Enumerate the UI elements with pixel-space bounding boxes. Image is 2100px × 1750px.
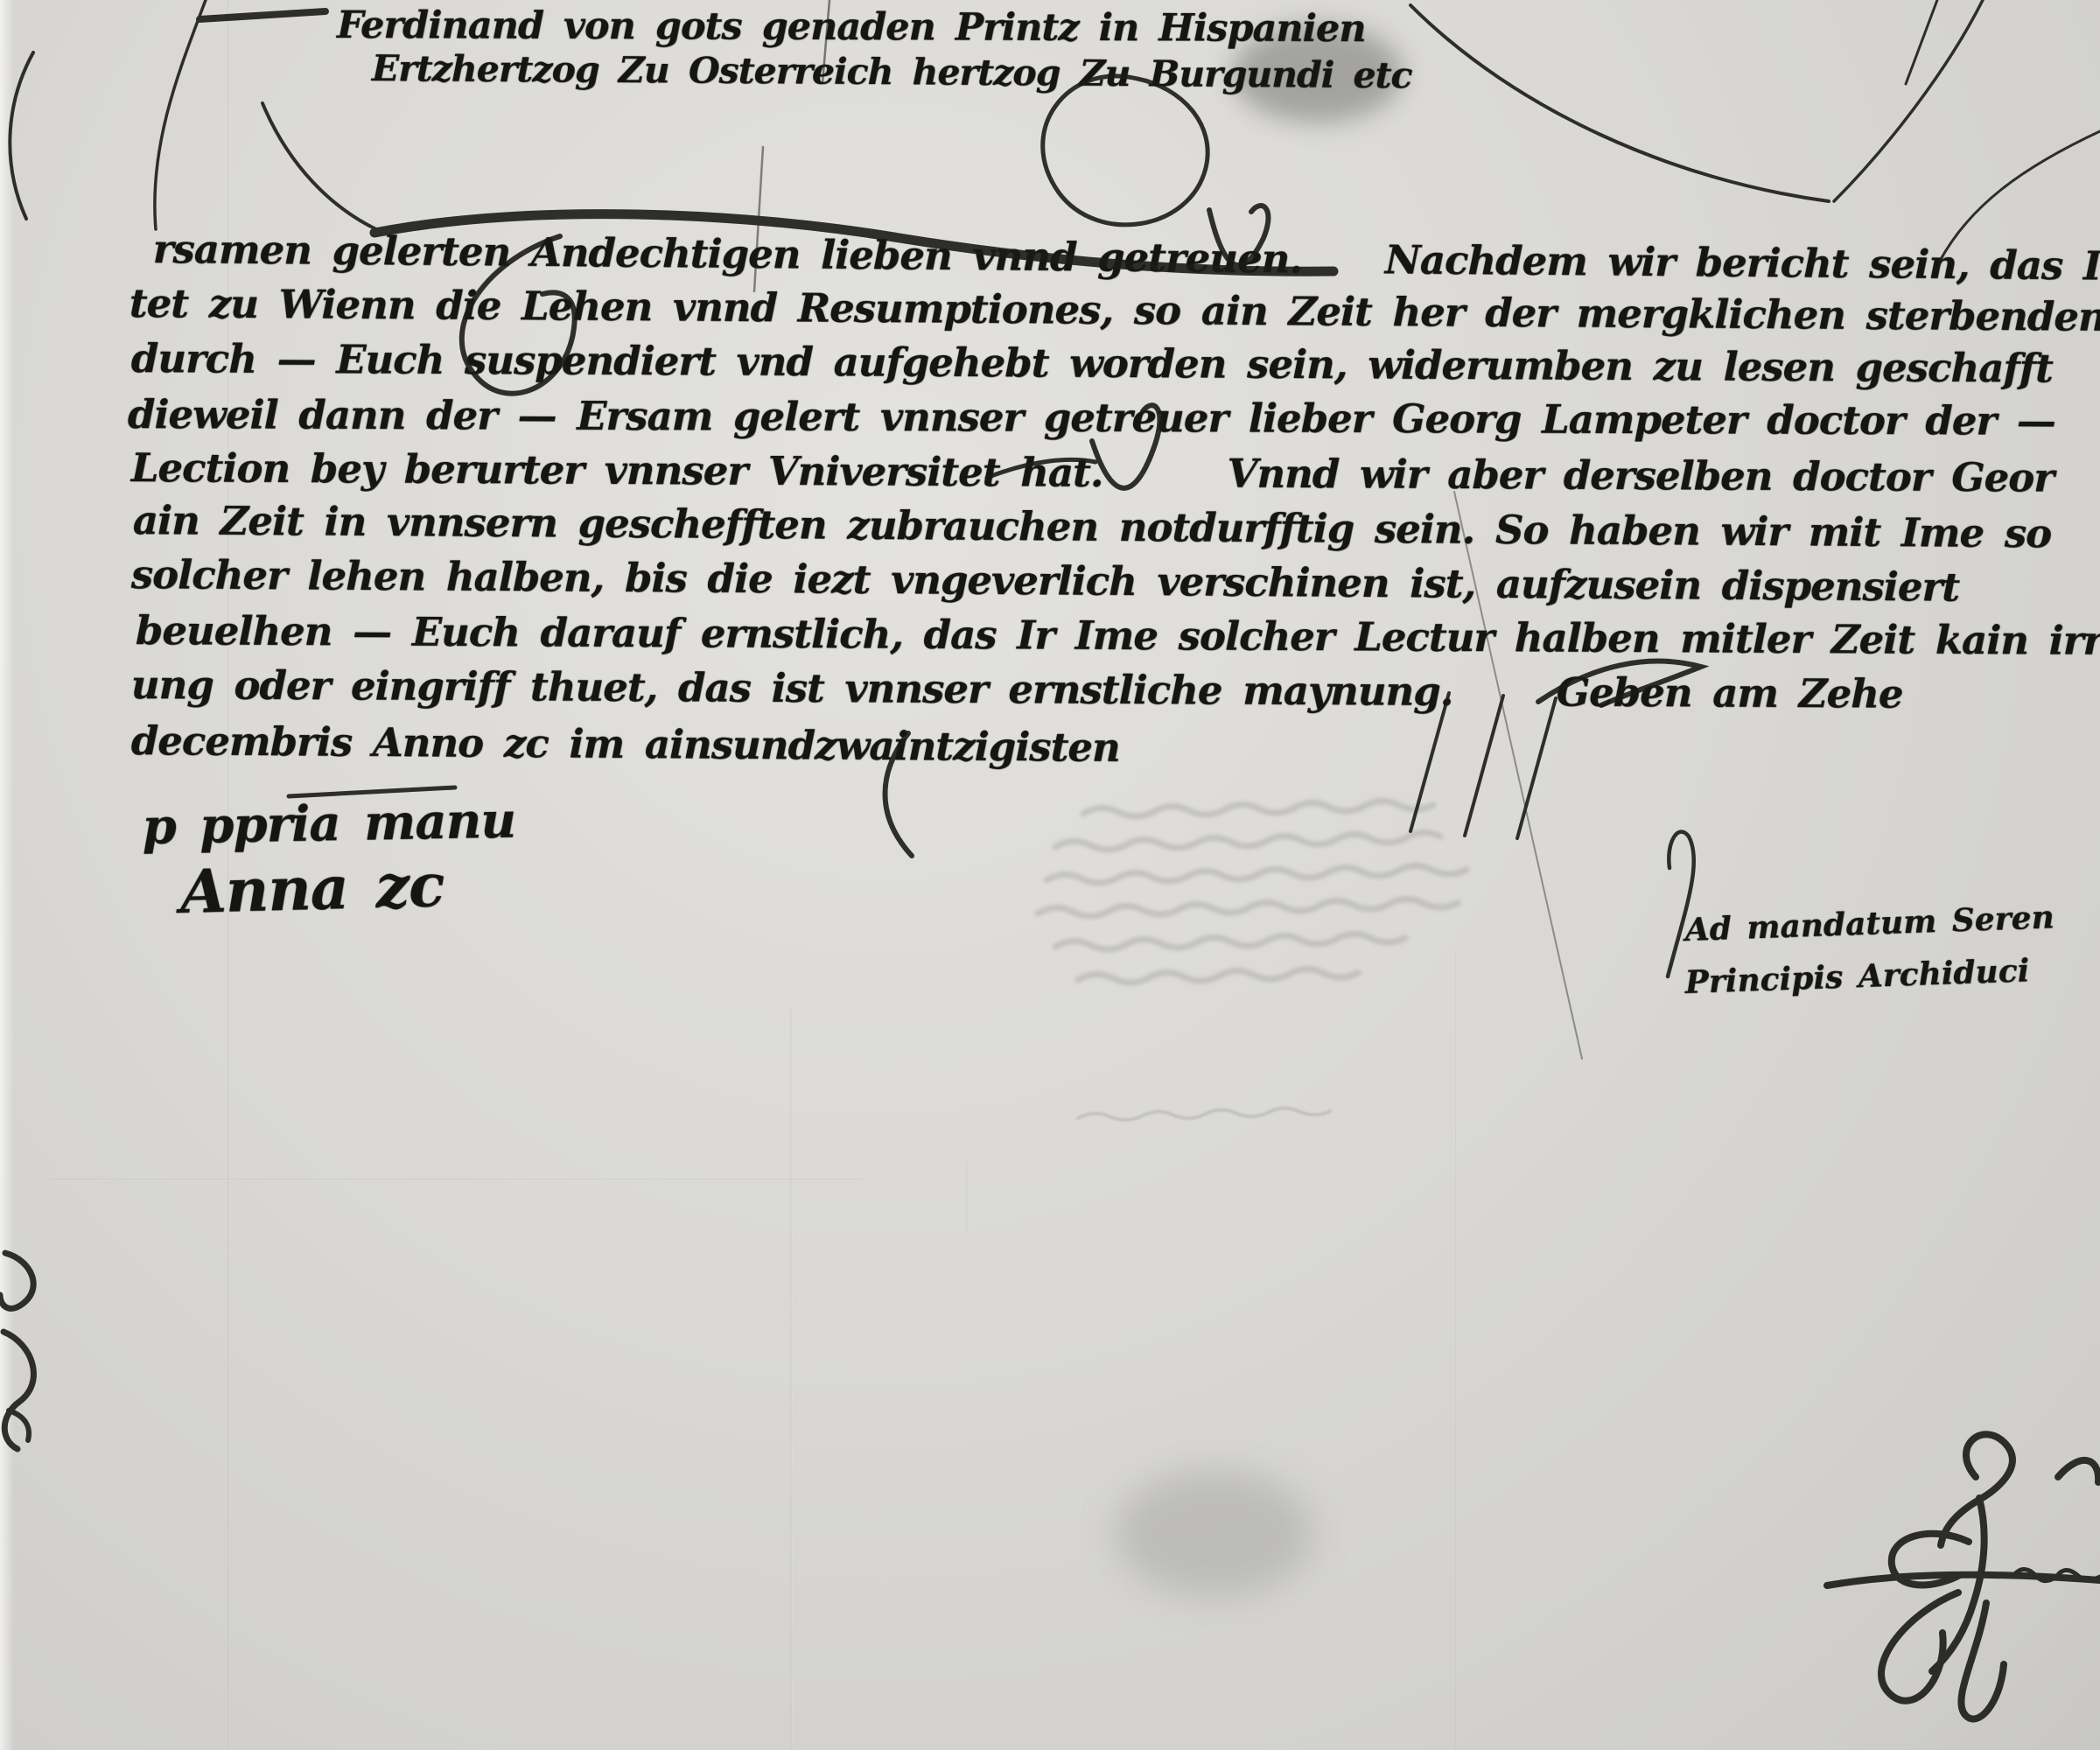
flourish-curve: [1834, 0, 1983, 201]
chancery-note-line: Ad mandatum Seren: [1684, 899, 2054, 948]
paraph-signature-flourish: [1827, 1434, 2100, 1718]
hand-note-propria-manu: p ppria manu: [142, 792, 516, 856]
fold-crease-horizontal: [48, 1179, 862, 1181]
fold-crease-tick: [966, 1160, 969, 1234]
flourish-curve: [1410, 5, 1829, 201]
queen-signature: Anna zc: [179, 850, 444, 927]
flourish-curve: [1906, 0, 1937, 84]
body-line-dateline: decembris Anno zc im ainsundzwaintzigist…: [131, 717, 1120, 771]
header-intitulatio-line: Ferdinand von gots genaden Printz in His…: [337, 3, 1366, 51]
body-line: ung oder eingriff thuet, das ist vnnser …: [131, 661, 1903, 717]
body-line: rsamen gelerten Andechtigen lieben vnnd …: [153, 226, 2100, 290]
paper-stain: [1116, 1470, 1312, 1597]
flourish-slash: [1465, 696, 1503, 836]
body-line: durch — Euch suspendiert vnd aufgehebt w…: [131, 335, 2053, 391]
body-line: solcher lehen halben, bis die iezt vngev…: [131, 551, 1960, 611]
chancery-note-line: Principis Archiduci: [1684, 952, 2030, 1001]
flourish-dash: [199, 11, 325, 19]
ascender-stroke: [1668, 832, 1694, 976]
body-line: ain Zeit in vnnsern geschefften zubrauch…: [133, 497, 2052, 556]
flourish-curve: [155, 0, 206, 229]
body-line: Lection bey berurter vnnser Vniversitet …: [131, 444, 2054, 501]
body-line: dieweil dann der — Ersam gelert vnnser g…: [128, 391, 2055, 444]
bleedthrough-text-lines: [1038, 801, 1466, 983]
flourish-loop: [1043, 76, 1207, 225]
faint-pencil-note: [1078, 1108, 1330, 1120]
fold-crease-vertical: [1455, 954, 1458, 1750]
flourish-slash: [1517, 698, 1556, 838]
manuscript-page: Ferdinand von gots genaden Printz in His…: [0, 0, 2100, 1750]
page-left-edge-highlight: [0, 0, 14, 1750]
flourish-curve: [262, 103, 376, 229]
body-line: beuelhen — Euch darauf ernstlich, das Ir…: [136, 607, 2100, 664]
header-intitulatio-line: Ertzhertzog Zu Osterreich hertzog Zu Bur…: [372, 47, 1412, 96]
fold-crease-vertical: [790, 1006, 793, 1750]
body-line: tet zu Wienn die Lehen vnnd Resumptiones…: [129, 280, 2100, 340]
